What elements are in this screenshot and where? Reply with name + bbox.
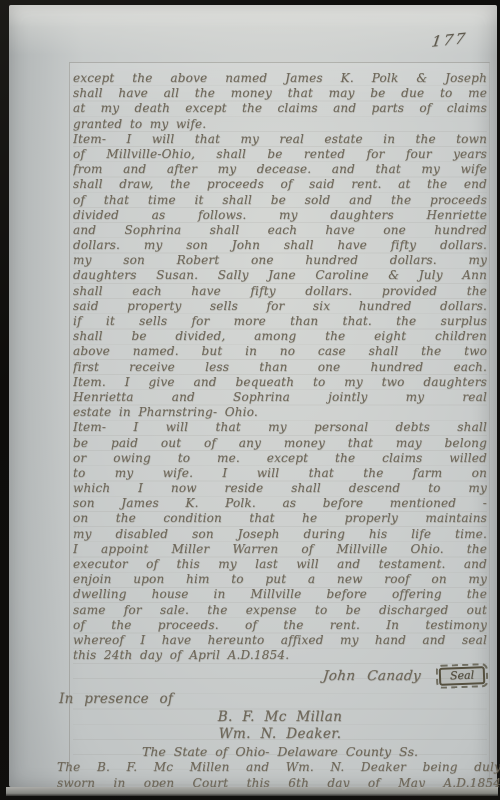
- will-line: son James K. Polk. as before mentioned -: [73, 496, 487, 511]
- will-line: shall have all the money that may be due…: [73, 86, 487, 101]
- will-line: from and after my decease. and that my w…: [73, 162, 487, 177]
- will-line: enjoin upon him to put a new roof on my: [73, 572, 487, 587]
- will-line: daughters Susan. Sally Jane Caroline & J…: [73, 268, 487, 283]
- probate-lines: The B. F. Mc Millen and Wm. N. Deaker be…: [57, 760, 500, 791]
- will-line: my son Robert one hundred dollars. my: [73, 253, 487, 268]
- will-line: estate in Pharnstring- Ohio.: [73, 405, 487, 420]
- witness-intro: In presence of: [59, 691, 487, 709]
- will-line: this 24th day of April A.D.1854.: [73, 648, 487, 663]
- will-line: same for sale. the expense to be dischar…: [73, 603, 487, 618]
- will-line: if it sells for more than that. the surp…: [73, 314, 487, 329]
- will-line: shall be divided, among the eight childr…: [73, 329, 487, 344]
- will-line: and Sophrina shall each have one hundred: [73, 223, 487, 238]
- will-line: my disabled son Joseph during his life t…: [73, 527, 487, 542]
- will-line: except the above named James K. Polk & J…: [73, 71, 487, 86]
- photo-frame: 177 except the above named James K. Polk…: [0, 0, 500, 800]
- will-line: first receive less than one hundred each…: [73, 360, 487, 375]
- witness-signature: B. F. Mc Millan: [73, 709, 487, 726]
- will-line: whereof I have hereunto affixed my hand …: [73, 633, 487, 648]
- witness-signature: Wm. N. Deaker.: [73, 726, 487, 743]
- probate-line: sworn in open Court this 6th day of May …: [57, 776, 500, 792]
- will-line: shall draw, the proceeds of said rent. a…: [73, 177, 487, 192]
- will-line: of Millville-Ohio, shall be rented for f…: [73, 147, 487, 162]
- will-text-block: except the above named James K. Polk & J…: [73, 71, 487, 792]
- will-line: above named. but in no case shall the tw…: [73, 344, 487, 359]
- will-line: or owing to me. except the claims willed: [73, 451, 487, 466]
- will-line: which I now reside shall descend to my: [73, 481, 487, 496]
- witness-list: B. F. Mc MillanWm. N. Deaker.: [73, 709, 487, 742]
- will-line: of that time it shall be sold and the pr…: [73, 193, 487, 208]
- will-line: Henrietta and Sophrina jointly my real: [73, 390, 487, 405]
- testator-signature: John Canady: [322, 668, 422, 684]
- seal-stamp: Seal: [439, 667, 486, 687]
- will-line: be paid out of any money that may belong: [73, 436, 487, 451]
- will-line: said property sells for six hundred doll…: [73, 299, 487, 314]
- will-line: shall each have fifty dollars. provided …: [73, 284, 487, 299]
- seal-label: Seal: [450, 669, 475, 683]
- will-line: divided as follows. my daughters Henriet…: [73, 208, 487, 223]
- will-line: Item- I will that my personal debts shal…: [73, 420, 487, 435]
- will-line: on the condition that he properly mainta…: [73, 511, 487, 526]
- will-line: dwelling house in Millville before offer…: [73, 587, 487, 602]
- page-number: 177: [431, 29, 469, 51]
- record-book-page: 177 except the above named James K. Polk…: [9, 5, 497, 787]
- will-line: to my wife. I will that the farm on: [73, 466, 487, 481]
- will-line: granted to my wife.: [73, 117, 487, 132]
- signature-row: John Canady Seal: [73, 664, 487, 688]
- probate-heading: The State of Ohio- Delaware County Ss.: [73, 744, 487, 760]
- will-line: dollars. my son John shall have fifty do…: [73, 238, 487, 253]
- will-line: Item- I will that my real estate in the …: [73, 132, 487, 147]
- will-line: I appoint Miller Warren of Millville Ohi…: [73, 542, 487, 557]
- will-line: executor of this my last will and testam…: [73, 557, 487, 572]
- will-line: at my death except the claims and parts …: [73, 101, 487, 116]
- will-line: of the proceeds. of the rent. In testimo…: [73, 618, 487, 633]
- will-line: Item. I give and bequeath to my two daug…: [73, 375, 487, 390]
- probate-line: The B. F. Mc Millen and Wm. N. Deaker be…: [57, 760, 500, 776]
- will-body: except the above named James K. Polk & J…: [73, 71, 487, 663]
